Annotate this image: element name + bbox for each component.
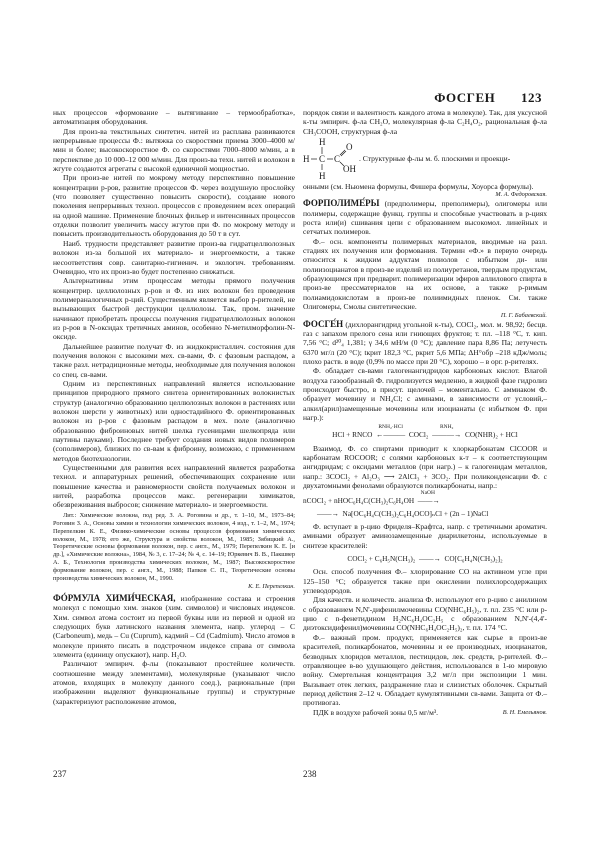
svg-text:O: O bbox=[346, 142, 353, 152]
paragraph: Ф.– важный пром. продукт, применяется ка… bbox=[303, 633, 547, 708]
paragraph: Ф. вступает в р-цию Фриделя–Крафтса, нап… bbox=[303, 522, 547, 550]
page-number-left: 237 bbox=[53, 769, 67, 779]
paragraph: Различают эмпирич. ф-лы (показывают прос… bbox=[53, 659, 295, 706]
literature-list: Лит.: Химические волокна, под ред. З. А.… bbox=[53, 512, 295, 583]
article-lead: изображение состава и строения молекул с… bbox=[53, 594, 295, 659]
paragraph: Ф.– осн. компоненты полимерных материало… bbox=[303, 237, 547, 312]
author-signature: К. Е. Перепелкин. bbox=[53, 583, 295, 591]
left-column: ных процессов «формование – вытягивание … bbox=[53, 108, 295, 706]
structure-caption: . Структурные ф-лы м. б. плоскими и прое… bbox=[359, 154, 510, 163]
article-heading: ФОСГЕ́Н bbox=[303, 319, 343, 329]
page-number-right: 238 bbox=[303, 769, 317, 779]
arrow-label: RNH₂·HCl bbox=[374, 423, 407, 432]
encyclopedia-page: ФОСГЕН 123 ных процессов «формование – в… bbox=[0, 0, 600, 849]
paragraph: Взаимод. Ф. со спиртами приводит к хлорк… bbox=[303, 444, 547, 491]
right-column: порядок связи и валентность каждого атом… bbox=[303, 108, 547, 717]
eq-left: COCl₂ + C₆H₅N(CH₃)₂ bbox=[347, 554, 415, 563]
running-title: ФОСГЕН bbox=[434, 90, 495, 105]
paragraph: При произ-ве нитей по мокрому методу пер… bbox=[53, 173, 295, 238]
svg-text:C: C bbox=[319, 154, 325, 164]
paragraph: Наиб. трудности представляет развитие пр… bbox=[53, 239, 295, 276]
forward-arrow: ——→ bbox=[417, 554, 443, 563]
paragraph: Одним из перспективных направлений являе… bbox=[53, 379, 295, 463]
svg-text:OH: OH bbox=[343, 164, 356, 174]
article-entry-phosgene: ФОСГЕ́Н (дихлорангидрид угольной к-ты), … bbox=[303, 320, 547, 367]
paragraph: Для качеств. и количеств. анализа Ф. исп… bbox=[303, 595, 547, 632]
arrow-label: NaOH bbox=[416, 489, 440, 498]
reverse-arrow: ←——— RNH₂·HCl bbox=[374, 430, 407, 439]
forward-arrow: ——→NaOH bbox=[416, 496, 440, 505]
paragraph: ных процессов «формование – вытягивание … bbox=[53, 108, 295, 127]
article-heading: ФÓРМУЛА ХИМИ́ЧЕСКАЯ, bbox=[53, 593, 176, 603]
eq-line: nCOCl₂ + nHOC₆H₄C(CH₃)₂C₆H₄OH bbox=[303, 496, 414, 505]
paragraph: Для произ-ва текстильных синтетич. нитей… bbox=[53, 127, 295, 174]
svg-text:H: H bbox=[319, 171, 326, 181]
svg-text:C: C bbox=[334, 154, 340, 164]
acetic-acid-structural-formula: H H C C O OH H . Структурные ф-лы м. б. … bbox=[303, 137, 547, 181]
svg-text:H: H bbox=[303, 154, 310, 164]
svg-text:H: H bbox=[319, 137, 326, 147]
structure-diagram: H H C C O OH H bbox=[303, 137, 359, 181]
running-head: ФОСГЕН 123 bbox=[434, 90, 542, 106]
equation-hydrolysis: HCl + RNCO ←——— RNH₂·HCl COCl₂ ———→ RNH₂… bbox=[303, 430, 547, 439]
article-heading: ФОРПОЛИМЕ́РЫ bbox=[303, 198, 379, 208]
article-entry-formula: ФÓРМУЛА ХИМИ́ЧЕСКАЯ, изображение состава… bbox=[53, 594, 295, 659]
paragraph: Ф. обладает св-вами галогенангидридов ка… bbox=[303, 366, 547, 422]
paragraph: Дальнейшее развитие получат Ф. из жидкок… bbox=[53, 342, 295, 379]
paragraph: онными (см. Ньюмена формулы, Фишера форм… bbox=[303, 182, 547, 191]
paragraph: Осн. способ получения Ф.– хлорирование C… bbox=[303, 567, 547, 595]
eq-center: COCl₂ bbox=[409, 430, 429, 439]
eq-right: CO(NHR)₂ + HCl bbox=[465, 430, 518, 439]
article-entry-forpolymers: ФОРПОЛИМЕ́РЫ (предполимеры, преполимеры)… bbox=[303, 199, 547, 236]
eq-line: Na[OC₆H₄C(CH₃)₂C₆H₄OCO]ₙCl + (2n – 1)NaC… bbox=[343, 509, 489, 518]
author-signature: В. Н. Емельянов. bbox=[493, 708, 547, 717]
paragraph: Альтернативны этим процессам методы прям… bbox=[53, 276, 295, 341]
eq-right: CO[C₆H₄N(CH₃)₂]₂ bbox=[445, 554, 503, 563]
paragraph: Существенными для развития всех направле… bbox=[53, 463, 295, 510]
equation-polycondensation: nCOCl₂ + nHOC₆H₄C(CH₃)₂C₆H₄OH ——→NaOH ——… bbox=[303, 496, 547, 518]
paragraph: порядок связи и валентность каждого атом… bbox=[303, 108, 547, 136]
equation-friedel-crafts: COCl₂ + C₆H₅N(CH₃)₂ ——→ CO[C₆H₄N(CH₃)₂]₂ bbox=[303, 554, 547, 563]
forward-arrow: ———→ RNH₂ bbox=[430, 430, 463, 439]
paragraph: ПДК в воздухе рабочей зоны 0,5 мг/м³. В.… bbox=[303, 708, 547, 717]
forward-arrow: ——→ bbox=[317, 509, 341, 518]
eq-left: HCl + RNCO bbox=[332, 430, 372, 439]
pdk-text: ПДК в воздухе рабочей зоны 0,5 мг/м³. bbox=[313, 708, 438, 717]
header-page-number: 123 bbox=[521, 90, 542, 105]
arrow-label: RNH₂ bbox=[430, 423, 463, 432]
